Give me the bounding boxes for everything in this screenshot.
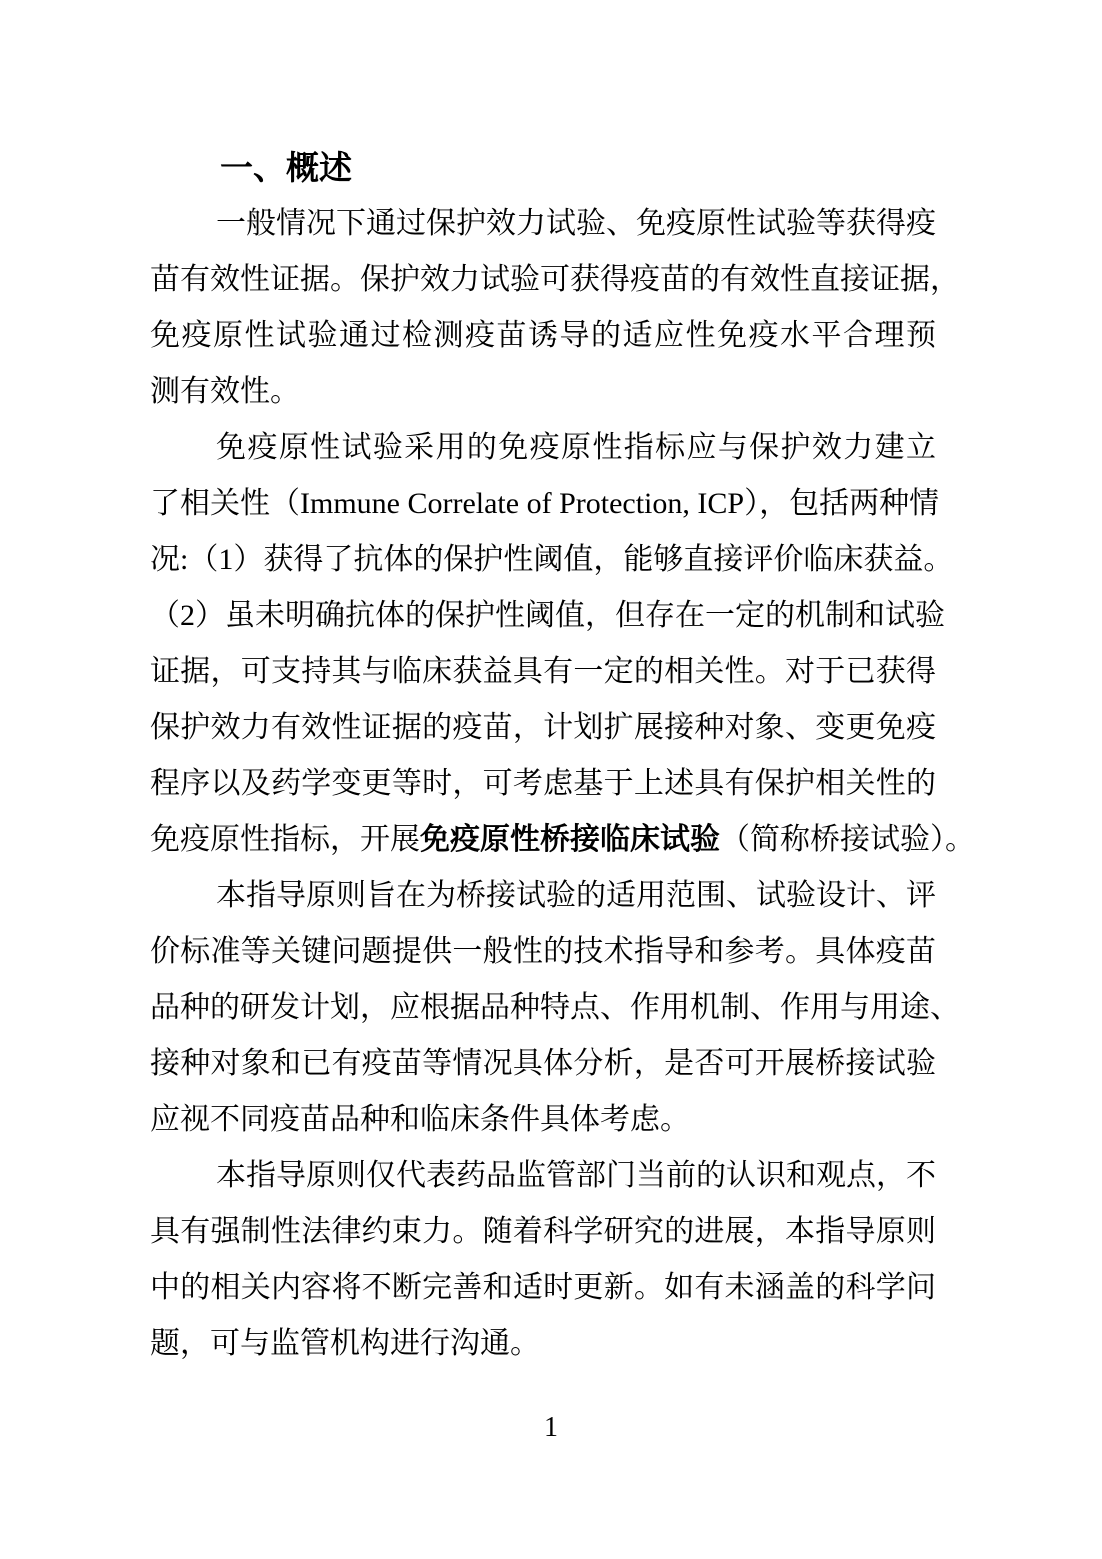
text-line: 接种对象和已有疫苗等情况具体分析，是否可开展桥接试验 bbox=[150, 1036, 936, 1092]
text-run: （简称桥接试验）。 bbox=[720, 823, 975, 856]
section-heading: 一、概述 bbox=[150, 140, 936, 196]
text-line: 本指导原则旨在为桥接试验的适用范围、试验设计、评 bbox=[150, 868, 936, 924]
text-line: 程序以及药学变更等时，可考虑基于上述具有保护相关性的 bbox=[150, 756, 936, 812]
text-line: 免疫原性试验通过检测疫苗诱导的适应性免疫水平合理预 bbox=[150, 308, 936, 364]
page-number: 1 bbox=[0, 1408, 1102, 1448]
text-line: （2）虽未明确抗体的保护性阈值，但存在一定的机制和试验 bbox=[150, 588, 936, 644]
text-line: 保护效力有效性证据的疫苗，计划扩展接种对象、变更免疫 bbox=[150, 700, 936, 756]
text-line: 品种的研发计划，应根据品种特点、作用机制、作用与用途、 bbox=[150, 980, 936, 1036]
text-line: 了相关性（Immune Correlate of Protection, ICP… bbox=[150, 476, 936, 532]
text-line: 中的相关内容将不断完善和适时更新。如有未涵盖的科学问 bbox=[150, 1260, 936, 1316]
text-line: 题，可与监管机构进行沟通。 bbox=[150, 1316, 936, 1372]
text-line: 测有效性。 bbox=[150, 364, 936, 420]
text-line: 证据，可支持其与临床获益具有一定的相关性。对于已获得 bbox=[150, 644, 936, 700]
text-run: 免疫原性指标，开展 bbox=[150, 823, 420, 856]
text-line: 免疫原性试验采用的免疫原性指标应与保护效力建立 bbox=[150, 420, 936, 476]
text-line: 本指导原则仅代表药品监管部门当前的认识和观点，不 bbox=[150, 1148, 936, 1204]
document-page: 一、概述 一般情况下通过保护效力试验、免疫原性试验等获得疫 苗有效性证据。保护效… bbox=[0, 0, 1102, 1559]
text-line: 免疫原性指标，开展免疫原性桥接临床试验（简称桥接试验）。 bbox=[150, 812, 936, 868]
text-line: 一般情况下通过保护效力试验、免疫原性试验等获得疫 bbox=[150, 196, 936, 252]
text-line: 具有强制性法律约束力。随着科学研究的进展，本指导原则 bbox=[150, 1204, 936, 1260]
text-line: 苗有效性证据。保护效力试验可获得疫苗的有效性直接证据， bbox=[150, 252, 936, 308]
document-body: 一、概述 一般情况下通过保护效力试验、免疫原性试验等获得疫 苗有效性证据。保护效… bbox=[150, 140, 936, 1372]
bold-term: 免疫原性桥接临床试验 bbox=[420, 823, 720, 856]
text-line: 况:（1）获得了抗体的保护性阈值，能够直接评价临床获益。 bbox=[150, 532, 936, 588]
text-line: 价标准等关键问题提供一般性的技术指导和参考。具体疫苗 bbox=[150, 924, 936, 980]
text-line: 应视不同疫苗品种和临床条件具体考虑。 bbox=[150, 1092, 936, 1148]
